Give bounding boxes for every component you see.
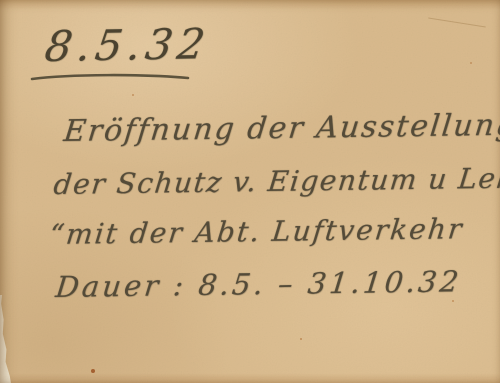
- date-heading: 8.5.32: [42, 19, 213, 71]
- paper-speck: [91, 369, 95, 373]
- paper-speck: [452, 300, 454, 302]
- paper-note: 8.5.32 Eröffnung der Ausstellung der Sch…: [0, 0, 500, 383]
- paper-speck: [132, 94, 134, 96]
- handwritten-line-4: Dauer : 8.5. – 31.10.32: [54, 264, 463, 304]
- paper-speck: [470, 62, 472, 64]
- paper-scratch: [428, 17, 485, 27]
- date-underline: [30, 70, 190, 82]
- torn-paper-edge: [0, 295, 14, 383]
- handwritten-line-3: “mit der Abt. Luftverkehr: [48, 212, 465, 251]
- handwritten-line-1: Eröffnung der Ausstellung: [62, 108, 500, 149]
- handwritten-line-2: der Schutz v. Eigentum u Leben”: [52, 161, 500, 201]
- paper-speck: [300, 338, 302, 340]
